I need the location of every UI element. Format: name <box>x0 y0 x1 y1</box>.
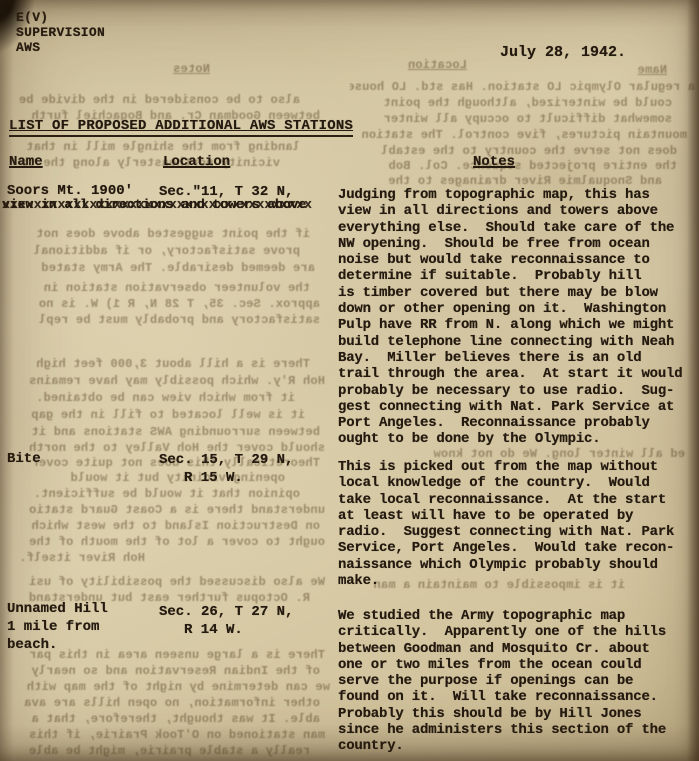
station-location: Sec. 15, T 29 N,R 15 W. <box>159 451 293 487</box>
bleedthrough-text: between surrounding AWS stations and it <box>0 425 320 440</box>
bleedthrough-text: satisfactory and probably must be repl <box>0 313 320 328</box>
struck-out-line: view in all directions and towers abovex… <box>2 197 324 214</box>
station-location: Sec. 26, T 27 N,R 14 W. <box>159 603 293 639</box>
bleedthrough-text: landing from the shingle mill in that <box>0 140 300 155</box>
scanned-document-page: NotesLocationNamea regular Olympic LO st… <box>0 0 699 761</box>
station-name: Unnamed Hill 1 mile from beach. <box>7 600 108 655</box>
bleedthrough-text: prove satisfactory, or if additional <box>0 244 300 259</box>
bleedthrough-text: ought to cover a lot of the mouth of the <box>0 535 325 550</box>
bleedthrough-text: are deemed desirable. The Army stated <box>0 261 315 276</box>
bleedthrough-text: opinion that it would be sufficient. <box>0 487 300 502</box>
letterhead-line-2: SUPERVISION <box>16 26 105 41</box>
station-name: Bite <box>7 450 41 468</box>
bleedthrough-text: somewhat difficult to occupy all winter <box>342 112 672 127</box>
station-notes: This is picked out from the map without … <box>338 459 698 589</box>
bleedthrough-text: Notes <box>160 62 210 77</box>
location-line: Sec. 15, T 29 N, <box>159 451 293 469</box>
bleedthrough-text: if the point suggested above does not <box>0 227 310 242</box>
bleedthrough-text: it from which view can be obtained. <box>0 391 295 406</box>
bleedthrough-text: it is well located to fill in the gap <box>0 408 305 423</box>
station-notes: Judging from topographic map, this has v… <box>338 187 698 448</box>
bleedthrough-text: also to be considered in the divide be <box>0 93 300 108</box>
letterhead-line-3: AWS <box>16 41 105 56</box>
letterhead-line-1: E(V) <box>16 11 105 26</box>
bleedthrough-text: Name <box>625 63 667 78</box>
bleedthrough-text: could be winterized, although the point <box>342 96 672 111</box>
bleedthrough-text: Hoh R'y. which possibly may have remains <box>0 374 325 389</box>
bleedthrough-text: We also discussed the possibility of usi <box>0 575 325 590</box>
bleedthrough-text: we can determine by night of the map wit… <box>0 680 330 695</box>
letterhead: E(V) SUPERVISION AWS <box>16 11 105 56</box>
bleedthrough-text: Location <box>405 58 467 73</box>
bleedthrough-text: really a stable prairie, might be able <box>0 744 310 759</box>
bleedthrough-text: approx. Sec. 35, T 28 N, R 1) W. is no <box>0 297 320 312</box>
column-header-notes: Notes <box>473 154 515 170</box>
location-line: Sec. 26, T 27 N, <box>159 603 293 621</box>
document-title: LIST OF PROPOSED ADDITIONAL AWS STATIONS <box>9 118 353 137</box>
document-date: July 28, 1942. <box>500 44 626 61</box>
bleedthrough-text: There is a hill about 3,000 feet high <box>0 357 310 372</box>
struck-overlay-x: xxxxxxxxxxxxxxxxxxxxxxxxxxxxxxxxxxxxxxx <box>2 197 312 212</box>
bleedthrough-text: the volunteer observation station in <box>0 281 310 296</box>
column-header-name: Name <box>9 154 43 170</box>
bleedthrough-text: man stationed on O'Took Prairie, if this <box>0 728 325 743</box>
bleedthrough-text: other information, no open hills are ava <box>0 696 320 711</box>
bleedthrough-text: Hoh River itself. <box>0 551 145 566</box>
bleedthrough-text: a regular Olympic LO station. Has std. L… <box>350 80 695 95</box>
bleedthrough-text: on Destruction Island to the west which <box>0 519 320 534</box>
station-notes: We studied the Army topographic map crit… <box>338 608 698 755</box>
bleedthrough-text: of the Indian Reservation and so nearly <box>0 664 320 679</box>
location-line: R 14 W. <box>184 621 293 639</box>
bleedthrough-text: able. It was thought, therefore, that a <box>0 712 320 727</box>
location-line: R 15 W. <box>184 469 293 487</box>
bleedthrough-text: understand there is a Coast Guard statio <box>0 503 325 518</box>
bleedthrough-text: mountain pictures, five control. The sta… <box>342 128 687 143</box>
column-header-location: Location <box>163 154 230 170</box>
